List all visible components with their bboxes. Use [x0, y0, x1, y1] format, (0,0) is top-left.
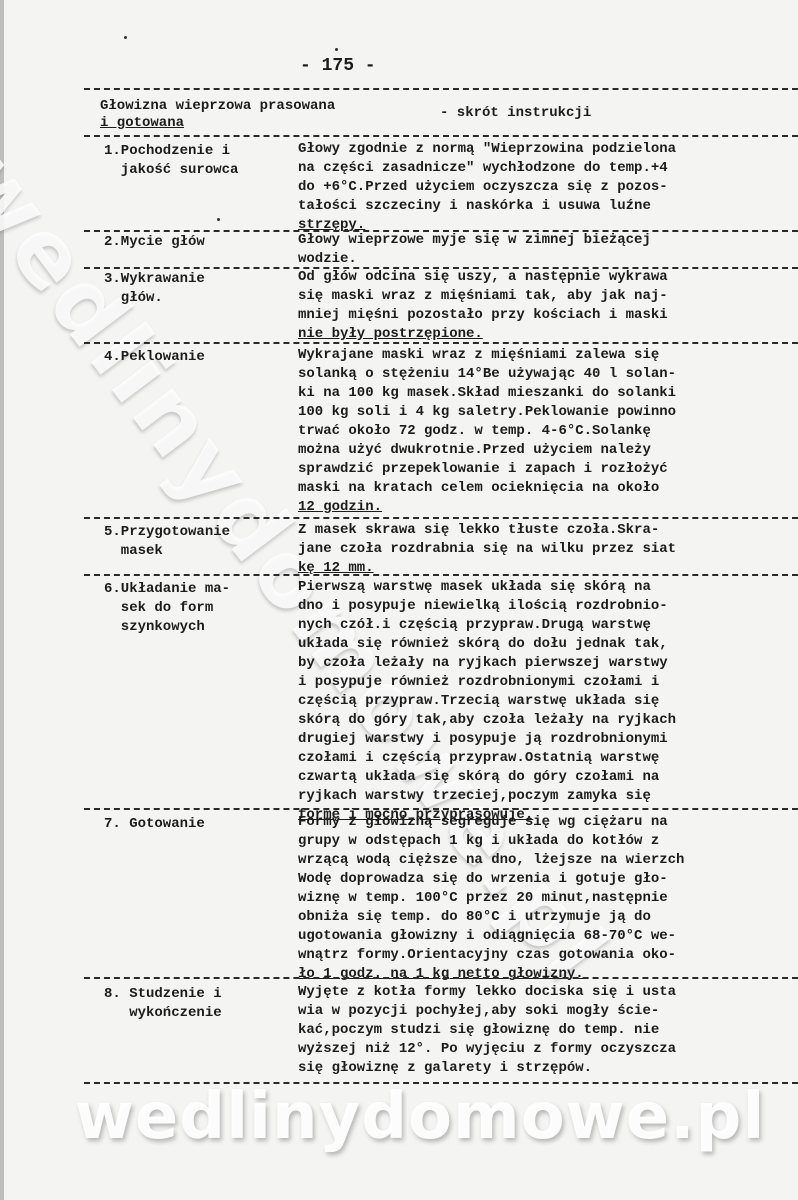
step-instruction-line: częścią przypraw.Trzecią warstwę układa … — [298, 692, 798, 711]
step-label-line: masek — [104, 542, 289, 561]
divider — [84, 230, 798, 232]
step-instructions: Z masek skrawa się lekko tłuste czoła.Sk… — [298, 521, 798, 578]
step-instruction-line: tałości szczeciny i naskórka i usuwa luź… — [298, 197, 798, 216]
step-instruction-line: czwartą układa się skórą do góry czołami… — [298, 768, 798, 787]
step-instructions: Wyjęte z kotła formy lekko dociska się i… — [298, 983, 798, 1078]
divider — [84, 574, 798, 576]
divider — [84, 1082, 798, 1084]
divider — [84, 342, 798, 344]
title-line-1: Głowizna wieprzowa prasowana — [100, 98, 335, 115]
divider — [84, 808, 798, 810]
step-instruction-line: Wyjęte z kotła formy lekko dociska się i… — [298, 983, 798, 1002]
step-instruction-line: solanką o stężeniu 14°Be używając 40 l s… — [298, 365, 798, 384]
step-instruction-line: obniża się temp. do 80°C i utrzymuje ją … — [298, 908, 798, 927]
document-page: wedlinydomowe.pl wedlinydomowe.pl - 175 … — [0, 0, 798, 1200]
step-instruction-line: Od głów odcina się uszy, a następnie wyk… — [298, 268, 798, 287]
divider — [84, 88, 798, 90]
step-instruction-line: jane czoła rozdrabnia się na wilku przez… — [298, 540, 798, 559]
step-instruction-line: Wykrajane maski wraz z mięśniami zalewa … — [298, 346, 798, 365]
step-instruction-line: Głowy zgodnie z normą "Wieprzowina podzi… — [298, 140, 798, 159]
step-instruction-line: kać,poczym studzi się głowiznę do temp. … — [298, 1021, 798, 1040]
step-instruction-line: układa się również skórą do dołu jednak … — [298, 635, 798, 654]
step-instruction-line: drugiej warstwy i posypuje ją rozdrobnio… — [298, 730, 798, 749]
step-instruction-line: na części zasadnicze" wychłodzone do tem… — [298, 159, 798, 178]
step-instruction-line: wyższej niż 12°. Po wyjęciu z formy oczy… — [298, 1040, 798, 1059]
step-instruction-line: ugotowania głowizny i odiągnięcia 68-70°… — [298, 927, 798, 946]
step-instruction-line: się głowiznę z galarety i strzępów. — [298, 1059, 798, 1078]
step-instruction-line: trwać około 72 godz. w temp. 4-6°C.Solan… — [298, 422, 798, 441]
step-label-line: wykończenie — [104, 1004, 289, 1023]
step-label-line: 3.Wykrawanie — [104, 270, 289, 289]
step-instruction-line: Z masek skrawa się lekko tłuste czoła.Sk… — [298, 521, 798, 540]
step-label: 2.Mycie głów — [104, 233, 289, 252]
step-label: 4.Peklowanie — [104, 348, 289, 367]
step-instruction-line: maski na kratach celem ocieknięcia na ok… — [298, 479, 798, 498]
step-instructions: Głowy zgodnie z normą "Wieprzowina podzi… — [298, 140, 798, 235]
step-label-line: szynkowych — [104, 618, 289, 637]
step-instruction-line: ki na 100 kg masek.Skład mieszanki do so… — [298, 384, 798, 403]
step-label: 1.Pochodzenie i jakość surowca — [104, 142, 289, 180]
divider — [84, 267, 798, 269]
step-instructions: Formy z głowizną segreguje się wg ciężar… — [298, 813, 798, 984]
ink-speck — [124, 36, 127, 39]
divider — [84, 135, 798, 137]
ink-speck — [217, 218, 220, 221]
step-label-line: 7. Gotowanie — [104, 815, 289, 834]
step-instructions: Od głów odcina się uszy, a następnie wyk… — [298, 268, 798, 344]
title-line-2: i gotowana — [100, 115, 335, 132]
step-instructions: Wykrajane maski wraz z mięśniami zalewa … — [298, 346, 798, 517]
step-label: 7. Gotowanie — [104, 815, 289, 834]
step-instruction-line: i posypuje również rozdrobnionymi czołam… — [298, 673, 798, 692]
step-instruction-line: mniej mięśni pozostało przy kościach i m… — [298, 306, 798, 325]
step-label-line: 8. Studzenie i — [104, 985, 289, 1004]
step-label-line: głów. — [104, 289, 289, 308]
step-label: 5.Przygotowanie masek — [104, 523, 289, 561]
step-instruction-line: do +6°C.Przed użyciem oczyszcza się z po… — [298, 178, 798, 197]
step-instructions: Pierwszą warstwę masek układa się skórą … — [298, 578, 798, 825]
step-instruction-line: ło 1 godz. na 1 kg netto głowizny. — [298, 965, 798, 984]
document-title: Głowizna wieprzowa prasowana i gotowana — [100, 98, 335, 132]
step-instruction-line: wia w pozycji pochyłej,aby soki mogły śc… — [298, 1002, 798, 1021]
ink-speck — [335, 48, 338, 51]
step-instruction-line: 12 godzin. — [298, 498, 798, 517]
step-label: 6.Układanie ma- sek do form szynkowych — [104, 580, 289, 637]
step-instruction-line: dno i posypuje niewielką ilością rozdrob… — [298, 597, 798, 616]
step-instruction-line: grupy w odstępach 1 kg i układa do kotłó… — [298, 832, 798, 851]
step-label: 3.Wykrawanie głów. — [104, 270, 289, 308]
step-label-line: 5.Przygotowanie — [104, 523, 289, 542]
page-number: - 175 - — [300, 56, 420, 76]
step-instruction-line: wiznę w temp. 100°C przez 20 minut,nastę… — [298, 889, 798, 908]
step-instruction-line: można użyć dwukrotnie.Przed użyciem nale… — [298, 441, 798, 460]
step-label-line: sek do form — [104, 599, 289, 618]
step-instruction-line: ryjkach warstwy trzeciej,poczym zamyka s… — [298, 787, 798, 806]
step-instruction-line: wnątrz formy.Orientacyjny czas gotowania… — [298, 946, 798, 965]
step-instruction-line: Pierwszą warstwę masek układa się skórą … — [298, 578, 798, 597]
step-instruction-line: nych czół.i częścią przypraw.Drugą warst… — [298, 616, 798, 635]
step-instruction-line: Formy z głowizną segreguje się wg ciężar… — [298, 813, 798, 832]
step-label-line: 6.Układanie ma- — [104, 580, 289, 599]
step-label-line: 1.Pochodzenie i — [104, 142, 289, 161]
step-instruction-line: sprawdzić przepeklowanie i zapach i rozł… — [298, 460, 798, 479]
step-instruction-line: się maski wraz z mięśniami tak, aby jak … — [298, 287, 798, 306]
step-instruction-line: czołami i częścią przypraw.Ostatnią wars… — [298, 749, 798, 768]
divider — [84, 977, 798, 979]
step-instruction-line: Głowy wieprzowe myje się w zimnej bieżąc… — [298, 231, 798, 250]
document-content: - 175 - Głowizna wieprzowa prasowana i g… — [0, 0, 798, 1200]
divider — [84, 517, 798, 519]
step-label: 8. Studzenie i wykończenie — [104, 985, 289, 1023]
step-instruction-line: 100 kg soli i 4 kg saletry.Peklowanie po… — [298, 403, 798, 422]
step-instructions: Głowy wieprzowe myje się w zimnej bieżąc… — [298, 231, 798, 269]
step-label-line: 4.Peklowanie — [104, 348, 289, 367]
step-instruction-line: skórą do góry tak,aby czoła leżały na ry… — [298, 711, 798, 730]
step-instruction-line: Wodę doprowadza się do wrzenia i gotuje … — [298, 870, 798, 889]
step-label-line: jakość surowca — [104, 161, 289, 180]
step-instruction-line: wrzącą wodą cięższe na dno, lżejsze na w… — [298, 851, 798, 870]
step-label-line: 2.Mycie głów — [104, 233, 289, 252]
document-subtitle: - skrót instrukcji — [440, 105, 591, 121]
step-instruction-line: by czoła leżały na ryjkach pierwszej war… — [298, 654, 798, 673]
